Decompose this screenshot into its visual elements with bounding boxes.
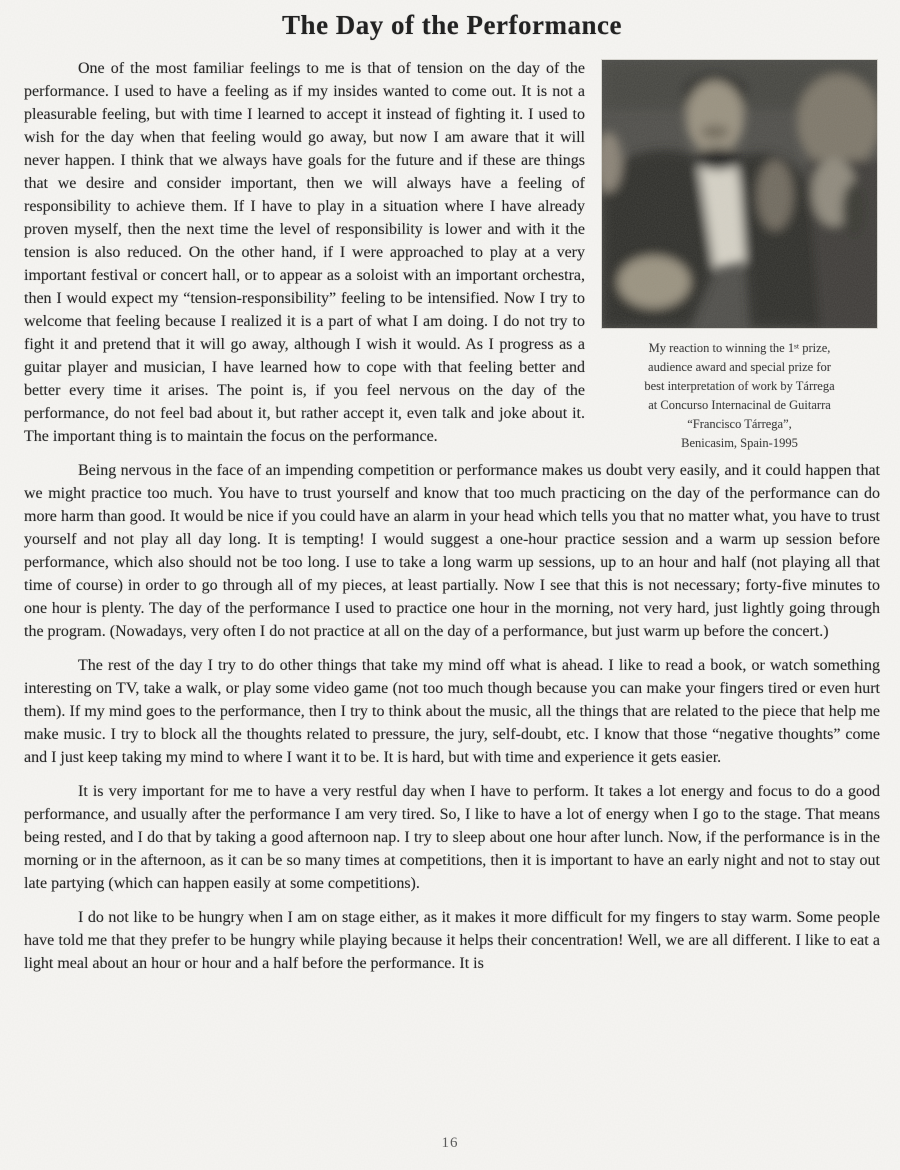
body-text: My reaction to winning the 1ˢᵗ prize, au… — [24, 57, 880, 975]
photo-figure: My reaction to winning the 1ˢᵗ prize, au… — [599, 59, 880, 453]
caption-line: My reaction to winning the 1ˢᵗ prize, — [599, 339, 880, 358]
body-paragraph: Being nervous in the face of an impendin… — [24, 459, 880, 643]
caption-line: best interpretation of work by Tárrega — [599, 377, 880, 396]
page-title: The Day of the Performance — [24, 10, 880, 41]
caption-line: Benicasim, Spain-1995 — [599, 434, 880, 453]
body-paragraph: The rest of the day I try to do other th… — [24, 654, 880, 769]
performance-photo-illustration — [602, 60, 877, 328]
caption-line: “Francisco Tárrega”, — [599, 415, 880, 434]
caption-line: audience award and special prize for — [599, 358, 880, 377]
caption-line: at Concurso Internacinal de Guitarra — [599, 396, 880, 415]
body-paragraph: I do not like to be hungry when I am on … — [24, 906, 880, 975]
scanned-book-page: The Day of the Performance — [0, 0, 900, 1170]
page-number: 16 — [0, 1135, 900, 1152]
photo-caption: My reaction to winning the 1ˢᵗ prize, au… — [599, 339, 880, 453]
performance-photo — [601, 59, 878, 329]
page-content: The Day of the Performance — [0, 0, 900, 975]
body-paragraph: It is very important for me to have a ve… — [24, 780, 880, 895]
